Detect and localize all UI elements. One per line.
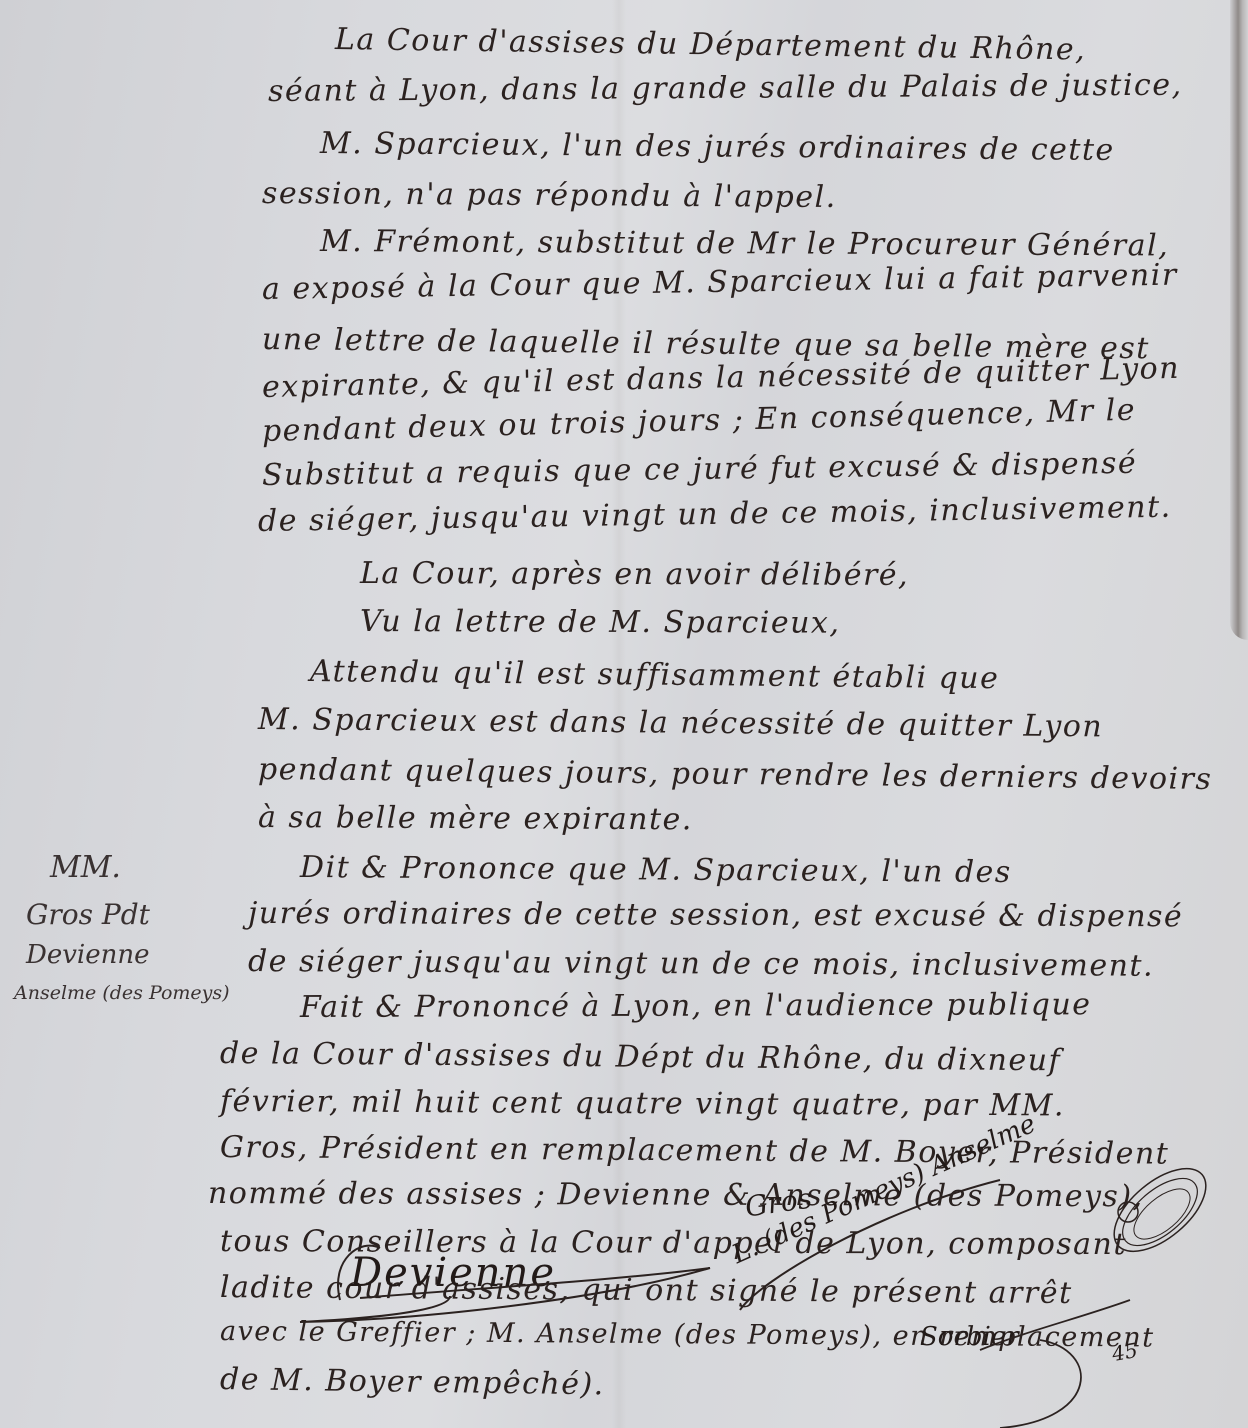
body-line: Vu la lettre de M. Sparcieux, bbox=[360, 604, 841, 641]
margin-note-line: Devienne bbox=[26, 940, 150, 970]
margin-note-line: MM. bbox=[50, 850, 121, 885]
body-line: M. Sparcieux est dans la nécessité de qu… bbox=[258, 702, 1104, 744]
body-line: Attendu qu'il est suffisamment établi qu… bbox=[310, 654, 1000, 696]
folio-number: 45 bbox=[1110, 1338, 1139, 1366]
body-line: session, n'a pas répondu à l'appel. bbox=[262, 176, 837, 215]
body-line: Fait & Prononcé à Lyon, en l'audience pu… bbox=[300, 987, 1092, 1025]
body-line: de siéger, jusqu'au vingt un de ce mois,… bbox=[258, 490, 1172, 539]
margin-note-line: Gros Pdt bbox=[26, 898, 150, 931]
handwritten-document: La Cour d'assises du Département du Rhôn… bbox=[0, 0, 1248, 1428]
body-line: février, mil huit cent quatre vingt quat… bbox=[220, 1084, 1065, 1123]
body-line: à sa belle mère expirante. bbox=[258, 800, 693, 837]
body-line: M. Sparcieux, l'un des jurés ordinaires … bbox=[320, 126, 1115, 168]
margin-note-line: Anselme (des Pomeys) bbox=[14, 982, 230, 1004]
body-line: nommé des assises ; Devienne & Anselme (… bbox=[208, 1176, 1144, 1214]
body-line: de la Cour d'assises du Dépt du Rhône, d… bbox=[220, 1036, 1061, 1078]
body-line: ladite cour d'assises, qui ont signé le … bbox=[220, 1270, 1073, 1311]
signature-sorbier: Sorbier bbox=[920, 1322, 1019, 1352]
body-line: séant à Lyon, dans la grande salle du Pa… bbox=[268, 68, 1183, 109]
body-line: de M. Boyer empêché). bbox=[220, 1362, 605, 1402]
body-line: a exposé à la Cour que M. Sparcieux lui … bbox=[262, 258, 1178, 307]
body-line: La Cour, après en avoir délibéré, bbox=[360, 556, 909, 593]
body-line: Dit & Prononce que M. Sparcieux, l'un de… bbox=[300, 850, 1012, 890]
body-line: M. Frémont, substitut de Mr le Procureur… bbox=[320, 224, 1169, 263]
body-line: de siéger jusqu'au vingt un de ce mois, … bbox=[248, 944, 1154, 984]
body-line: jurés ordinaires de cette session, est e… bbox=[248, 896, 1183, 934]
body-line: La Cour d'assises du Département du Rhôn… bbox=[335, 22, 1087, 67]
signature-devienne: Devienne bbox=[350, 1250, 556, 1296]
body-line: pendant quelques jours, pour rendre les … bbox=[258, 752, 1213, 797]
body-line: Substitut a requis que ce juré fut excus… bbox=[262, 446, 1138, 493]
